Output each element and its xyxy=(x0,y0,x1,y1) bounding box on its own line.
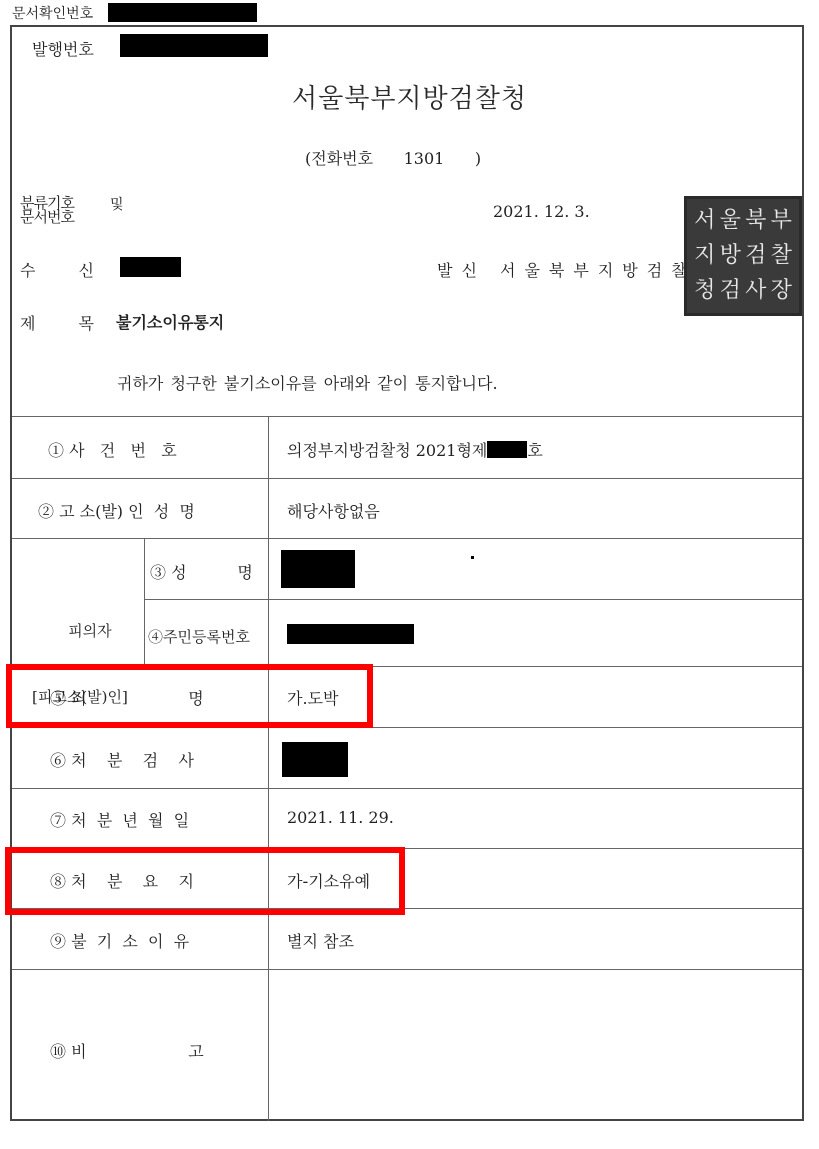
redacted-issue-number xyxy=(120,34,268,57)
seal-glyph: 북 xyxy=(744,205,768,238)
classification-and: 및 xyxy=(110,194,124,214)
row-divider xyxy=(12,538,802,539)
highlight-box-disposition xyxy=(5,847,405,915)
table-top-border xyxy=(12,416,802,417)
agency-title: 서울북부지방검찰청 xyxy=(0,78,819,115)
redacted-recipient xyxy=(120,257,181,277)
seal-glyph: 방 xyxy=(719,240,743,273)
redacted-prosecutor xyxy=(282,742,348,777)
notice-text: 귀하가 청구한 불기소이유를 아래와 같이 통지합니다. xyxy=(117,371,498,394)
seal-glyph: 사 xyxy=(744,274,768,307)
recipient-label: 수 신 xyxy=(20,258,94,281)
subject-value: 불기소이유통지 xyxy=(116,310,224,333)
classification-label: 분류기호 문서번호 xyxy=(20,196,74,224)
row-value-complainant: 해당사항없음 xyxy=(287,499,380,522)
document-confirm-label: 문서확인번호 xyxy=(12,3,93,23)
document-date: 2021. 12. 3. xyxy=(493,202,590,221)
seal-glyph: 검 xyxy=(744,240,768,273)
row-label-prosecutor: ⑥ 처 분 검 사 xyxy=(50,748,194,771)
highlight-box-offense xyxy=(6,664,373,728)
row-label-disposition-date: ⑦ 처 분 년 월 일 xyxy=(50,808,189,831)
seal-glyph: 부 xyxy=(770,205,794,238)
row-label-case-number: ① 사 건 번 호 xyxy=(48,438,177,461)
seal-glyph: 서 xyxy=(693,205,717,238)
row-label-name: ③ 성 명 xyxy=(150,560,253,583)
phone-line: (전화번호 1301 ) xyxy=(305,146,481,169)
row-value-case-number: 의정부지방검찰청 2021형제호 xyxy=(287,438,543,461)
row-value-non-indictment-reason: 별지 참조 xyxy=(287,929,354,952)
redacted-resident-number xyxy=(287,624,414,644)
issue-number-label: 발행번호 xyxy=(32,37,94,60)
column-divider xyxy=(144,538,145,666)
row-label-complainant: ② 고 소(발) 인 성 명 xyxy=(38,499,195,522)
speck xyxy=(471,556,474,559)
row-divider xyxy=(145,599,802,600)
row-label-non-indictment-reason: ⑨ 불 기 소 이 유 xyxy=(50,929,189,952)
seal-glyph: 울 xyxy=(719,205,743,238)
redacted-suspect-name xyxy=(281,550,355,588)
redacted-case-number xyxy=(487,441,527,458)
official-seal-icon: 서울북부지방검찰청검사장 xyxy=(684,196,802,316)
document-frame xyxy=(10,25,804,1121)
row-divider xyxy=(12,969,802,970)
column-divider xyxy=(268,416,269,1121)
seal-glyph: 검 xyxy=(719,274,743,307)
row-divider xyxy=(12,478,802,479)
row-label-resident-number: ④주민등록번호 xyxy=(148,626,250,647)
redacted-confirm-number xyxy=(108,3,257,22)
row-label-remarks: ⑩ 비 고 xyxy=(50,1039,204,1062)
row-value-disposition-date: 2021. 11. 29. xyxy=(287,808,394,827)
seal-glyph: 찰 xyxy=(770,240,794,273)
seal-glyph: 청 xyxy=(693,274,717,307)
row-divider xyxy=(12,788,802,789)
seal-glyph: 장 xyxy=(770,274,794,307)
subject-label: 제 목 xyxy=(20,311,94,334)
seal-glyph: 지 xyxy=(693,240,717,273)
